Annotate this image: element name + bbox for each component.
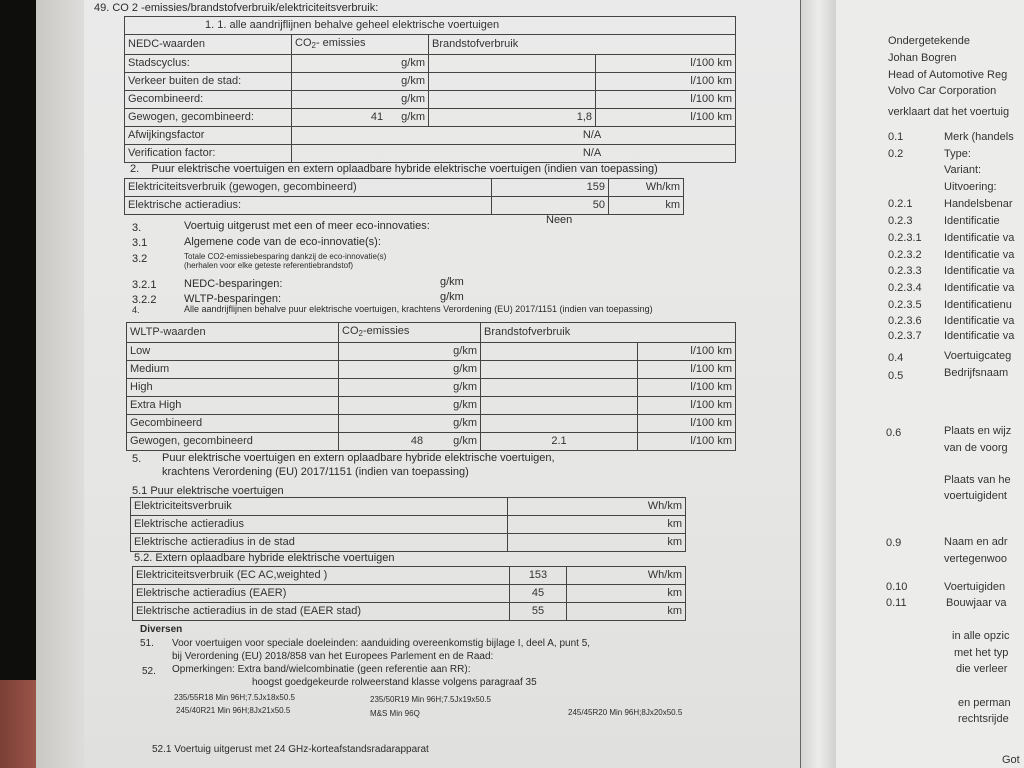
text-right_page-footer-0: in alle opzic [952, 630, 1009, 642]
text-section5-s52-rows-0-label: Elektriciteitsverbruik (EC AC,weighted ) [133, 567, 510, 585]
text-section4-wltp_table-rows-3-fuel_unit: l/100 km [638, 397, 736, 415]
text-section49-nedc_table-headers-4: Brandstofverbruik [429, 35, 736, 55]
wltp-co2-value: 48 [411, 435, 423, 447]
text-right_page-items-2-text: Variant: [944, 164, 981, 176]
text-section4-wltp_table-rows-4-label: Gecombineerd [127, 415, 339, 433]
text-right_page-items-9-num: 0.2.3.4 [888, 282, 922, 294]
text-section5-s51-rows-2-unit: km [667, 536, 682, 548]
text-right_page-items-3-text: Uitvoering: [944, 181, 997, 193]
table-row: High g/km l/100 km [127, 379, 736, 397]
text-right_page-items-8-num: 0.2.3.3 [888, 265, 922, 277]
text-section49-nedc_table-verification-value: N/A [292, 145, 736, 163]
table-row: Low g/km l/100 km [127, 343, 736, 361]
text-right_page-footer-4: rechtsrijde [958, 713, 1009, 725]
text-section49-nedc_table-afwijkingsfactor-value: N/A [292, 127, 736, 145]
table-row: Verkeer buiten de stad: g/km l/100 km [125, 73, 736, 91]
text-right_page-items2-1-text2: voertuigident [944, 490, 1007, 502]
section49-title: 49. CO 2 -emissies/brandstofverbruik/ele… [94, 2, 378, 14]
text-section49-nedc_table-rows-2-co2_unit: g/km [401, 93, 425, 105]
text-section3-items-3-unit: g/km [440, 276, 464, 288]
tyre-spec: 245/45R20 Min 96H;8Jx20x50.5 [568, 708, 682, 717]
table-cell: CO2- emissies [292, 35, 429, 55]
section5-title: Puur elektrische voertuigen en extern op… [162, 452, 555, 464]
table-cell: CO2-emissies [339, 323, 481, 343]
section52-title: 5.2. Extern oplaadbare hybride elektrisc… [134, 552, 395, 564]
table-row: Elektrische actieradius km [131, 516, 686, 534]
text-right_page-items-11-text: Identificatie va [944, 315, 1014, 327]
text-right_page-items2-4-num: 0.11 [886, 597, 907, 609]
text-right_page-items-7-text: Identificatie va [944, 249, 1014, 261]
text-section49-nedc_table-headers-3: - emissies [316, 37, 366, 49]
text-section5-s52-rows-0-unit: Wh/km [567, 567, 686, 585]
section4-title: Alle aandrijflijnen behalve puur elektri… [184, 304, 653, 314]
table-row: 1. 1. alle aandrijflijnen behalve geheel… [125, 17, 736, 35]
text-right_page-items-13-num: 0.4 [888, 352, 903, 364]
text-section49-nedc_table-rows-1-fuel_unit: l/100 km [596, 73, 736, 91]
text-section49-nedc_table-verification-label: Verification factor: [125, 145, 292, 163]
text-section2-rows-1-unit: km [609, 197, 684, 215]
table-row: Elektrische actieradius (EAER) 45 km [133, 585, 686, 603]
text-section4-wltp_table-rows-0-co2_unit: g/km [453, 345, 477, 357]
text-right_page-items-4-text: Handelsbenar [944, 198, 1013, 210]
table-cell: g/km [292, 91, 429, 109]
text-section5-s51-rows-1-label: Elektrische actieradius [131, 516, 508, 534]
s3-num: 3. [132, 222, 141, 234]
text-section49-nedc_table-rows-1-co2_unit: g/km [401, 75, 425, 87]
tyre-spec: 235/55R18 Min 96H;7.5Jx18x50.5 [174, 693, 295, 702]
text-section4-wltp_table-rows-3-label: Extra High [127, 397, 339, 415]
page-edge-left [36, 0, 85, 768]
text-diversen-item52-text2: hoogst goedgekeurde rolweerstand klasse … [252, 677, 537, 688]
text-right_page-items-1-text: Type: [944, 148, 971, 160]
table-row: Gewogen, gecombineerd 48g/km 2.1 l/100 k… [127, 433, 736, 451]
text-right_page-footer-2: die verleer [956, 663, 1007, 675]
text-section2-rows-0-label: Elektriciteitsverbruik (gewogen, gecombi… [125, 179, 492, 197]
text-right_page-items-0-num: 0.1 [888, 131, 903, 143]
text-section4-num: 4. [132, 305, 140, 315]
text-right_page-items-5-text: Identificatie [944, 215, 1000, 227]
table-cell: g/km [339, 379, 481, 397]
text-section49-nedc_table-rows-1-label: Verkeer buiten de stad: [125, 73, 292, 91]
text-right_page-declares: verklaart dat het voertuig [888, 106, 1009, 118]
text-section5-s52-rows-0-value: 153 [510, 567, 567, 585]
text-right_page-items-10-text: Identificatienu [944, 299, 1012, 311]
section51-table: Elektriciteitsverbruik Wh/km Elektrische… [130, 497, 686, 552]
text-section5-s52-rows-1-unit: km [567, 585, 686, 603]
text-right_page-header-0: Ondergetekende [888, 35, 970, 47]
table-header: WLTP-waarden CO2-emissies Brandstofverbr… [127, 323, 736, 343]
text-right_page-items2-2-text2: vertegenwoo [944, 553, 1007, 565]
s3-text: Voertuig uitgerust met een of meer eco-i… [184, 220, 430, 232]
text-right_page-items-14-text: Bedrijfsnaam [944, 367, 1008, 379]
text-right_page-items2-0-text: Plaats en wijz [944, 425, 1011, 437]
text-section3-items-2-text2: (herhalen voor elke geteste referentiebr… [184, 261, 353, 270]
text-section4-wltp_table-rows-2-fuel [481, 379, 638, 397]
text-section5-s52-rows-2-label: Elektrische actieradius in de stad (EAER… [133, 603, 510, 621]
nedc-subtitle: 1. 1. alle aandrijflijnen behalve geheel… [125, 17, 736, 35]
text-right_page-footer-5: Got [1002, 754, 1020, 766]
text-section4-wltp_table-rows-5-co2_unit: g/km [453, 435, 477, 447]
wltp-table: WLTP-waarden CO2-emissies Brandstofverbr… [126, 322, 736, 451]
text-section49-nedc_table-rows-1-fuel [429, 73, 596, 91]
table-row: Afwijkingsfactor N/A [125, 127, 736, 145]
text-right_page-items-0-text: Merk (handels [944, 131, 1014, 143]
table-row: Elektrische actieradius in de stad (EAER… [133, 603, 686, 621]
text-section4-wltp_table-rows-1-fuel_unit: l/100 km [638, 361, 736, 379]
text-section49-nedc_table-rows-3-fuel_unit: l/100 km [596, 109, 736, 127]
text-section49-nedc_table-headers-1: CO [295, 37, 312, 49]
text-section4-wltp_table-rows-2-co2_unit: g/km [453, 381, 477, 393]
text-right_page-items2-0-text2: van de voorg [944, 442, 1008, 454]
text-section5-s52-rows-2-unit: km [567, 603, 686, 621]
text-section5-s52-rows-2-value: 55 [510, 603, 567, 621]
text-section49-nedc_table-headers-0: NEDC-waarden [125, 35, 292, 55]
text-right_page-items2-3-text: Voertuigiden [944, 581, 1005, 593]
text-right_page-items2-2-num: 0.9 [886, 537, 901, 549]
text-right_page-footer-1: met het typ [954, 647, 1008, 659]
text-section4-wltp_table-rows-4-fuel [481, 415, 638, 433]
text-section5-s51-rows-1-unit: km [667, 518, 682, 530]
text-section49-nedc_table-rows-3-co2_unit: g/km [401, 111, 425, 123]
text-section49-nedc_table-rows-2-label: Gecombineerd: [125, 91, 292, 109]
text-section4-wltp_table-rows-2-label: High [127, 379, 339, 397]
text-section4-wltp_table-rows-0-fuel_unit: l/100 km [638, 343, 736, 361]
table-row: Elektrische actieradius: 50 km [125, 197, 684, 215]
text-right_page-items-9-text: Identificatie va [944, 282, 1014, 294]
table-cell: km [508, 534, 686, 552]
section51-title: 5.1 Puur elektrische voertuigen [132, 485, 284, 497]
table-row: Verification factor: N/A [125, 145, 736, 163]
text-right_page-items-12-num: 0.2.3.7 [888, 330, 922, 342]
text-section5-s52-rows-1-label: Elektrische actieradius (EAER) [133, 585, 510, 603]
text-section3-items-3-text: NEDC-besparingen: [184, 278, 282, 290]
page-fold [800, 0, 838, 768]
text-section5-s51-rows-0-unit: Wh/km [648, 500, 682, 512]
section2-table: Elektriciteitsverbruik (gewogen, gecombi… [124, 178, 684, 215]
text-section3-items-4-unit: g/km [440, 291, 464, 303]
table-row: Elektriciteitsverbruik Wh/km [131, 498, 686, 516]
text-right_page-items2-2-text: Naam en adr [944, 536, 1008, 548]
text-section3-items-2-num: 3.2 [132, 253, 147, 265]
text-section2-rows-1-label: Elektrische actieradius: [125, 197, 492, 215]
text-section4-wltp_table-headers-0: WLTP-waarden [127, 323, 339, 343]
text-section5-s51-rows-2-label: Elektrische actieradius in de stad [131, 534, 508, 552]
text-right_page-items-7-num: 0.2.3.2 [888, 249, 922, 261]
tyre-spec: 245/40R21 Min 96H;8Jx21x50.5 [176, 706, 290, 715]
text-section49-nedc_table-afwijkingsfactor-label: Afwijkingsfactor [125, 127, 292, 145]
item-52-1: 52.1 Voertuig uitgerust met 24 GHz-korte… [152, 744, 429, 755]
nedc-fuel-value: 1,8 [429, 109, 596, 127]
text-section49-nedc_table-rows-2-fuel [429, 91, 596, 109]
text-section4-wltp_table-rows-4-fuel_unit: l/100 km [638, 415, 736, 433]
text-section2-rows-0-unit: Wh/km [609, 179, 684, 197]
text-section4-wltp_table-rows-0-fuel [481, 343, 638, 361]
text-right_page-items-4-num: 0.2.1 [888, 198, 912, 210]
text-right_page-items-1-num: 0.2 [888, 148, 903, 160]
table-row: Elektrische actieradius in de stad km [131, 534, 686, 552]
text-section4-wltp_table-rows-1-fuel [481, 361, 638, 379]
tyre-spec: M&S Min 96Q [370, 709, 420, 718]
table-cell: 41g/km [292, 109, 429, 127]
text-right_page-items2-4-text: Bouwjaar va [946, 597, 1007, 609]
text-section3-items-1-num: 3.1 [132, 237, 147, 249]
table-row: Stadscyclus: g/km l/100 km [125, 55, 736, 73]
text-section3-items-2-text: Totale CO2-emissiebesparing dankzij de e… [184, 252, 386, 261]
text-right_page-items2-3-num: 0.10 [886, 581, 907, 593]
table-cell: g/km [339, 361, 481, 379]
text-section5-num: 5. [132, 453, 141, 465]
text-section2-rows-0-value: 159 [492, 179, 609, 197]
table-row: Gecombineerd g/km l/100 km [127, 415, 736, 433]
section2-title: 2. Puur elektrische voertuigen en extern… [130, 163, 658, 175]
text-section5-s52-rows-1-value: 45 [510, 585, 567, 603]
text-diversen-item51-text2: bij Verordening (EU) 2018/858 van het Eu… [172, 651, 493, 662]
table-row: Elektriciteitsverbruik (EC AC,weighted )… [133, 567, 686, 585]
text-right_page-items-6-num: 0.2.3.1 [888, 232, 922, 244]
table-cell: g/km [292, 55, 429, 73]
text-right_page-items-14-num: 0.5 [888, 370, 903, 382]
table-cell: km [508, 516, 686, 534]
text-right_page-header-2: Head of Automotive Reg [888, 69, 1007, 81]
text-diversen-item51-text: Voor voertuigen voor speciale doeleinden… [172, 638, 590, 649]
text-right_page-items2-0-num: 0.6 [886, 427, 901, 439]
text-section49-nedc_table-rows-0-co2_unit: g/km [401, 57, 425, 69]
text-section2-title: Puur elektrische voertuigen en extern op… [151, 163, 657, 175]
table-row: Extra High g/km l/100 km [127, 397, 736, 415]
text-diversen-item51-num: 51. [140, 638, 154, 649]
text-section2-rows-1-value: 50 [492, 197, 609, 215]
text-section4-wltp_table-headers-4: Brandstofverbruik [481, 323, 736, 343]
text-section4-wltp_table-rows-3-fuel [481, 397, 638, 415]
text-right_page-items-10-num: 0.2.3.5 [888, 299, 922, 311]
background-dark [0, 0, 40, 768]
text-section49-nedc_table-rows-3-label: Gewogen, gecombineerd: [125, 109, 292, 127]
table-row: Gecombineerd: g/km l/100 km [125, 91, 736, 109]
text-right_page-footer-3: en perman [958, 697, 1011, 709]
text-right_page-items-13-text: Voertuigcateg [944, 350, 1011, 362]
document-page-left: 49. CO 2 -emissies/brandstofverbruik/ele… [84, 0, 808, 768]
text-section4-wltp_table-rows-1-label: Medium [127, 361, 339, 379]
text-right_page-items-8-text: Identificatie va [944, 265, 1014, 277]
text-section4-wltp_table-rows-4-co2_unit: g/km [453, 417, 477, 429]
text-section4-wltp_table-rows-5-label: Gewogen, gecombineerd [127, 433, 339, 451]
text-section4-wltp_table-headers-3: -emissies [363, 325, 409, 337]
table-cell: 48g/km [339, 433, 481, 451]
text-section4-wltp_table-headers-1: CO [342, 325, 359, 337]
table-cell: Wh/km [508, 498, 686, 516]
text-section49-nedc_table-rows-0-fuel [429, 55, 596, 73]
table-cell: g/km [339, 397, 481, 415]
text-diversen-item52-text: Opmerkingen: Extra band/wielcombinatie (… [172, 664, 471, 675]
nedc-table: 1. 1. alle aandrijflijnen behalve geheel… [124, 16, 736, 163]
table-row: Medium g/km l/100 km [127, 361, 736, 379]
text-section4-wltp_table-rows-5-fuel_unit: l/100 km [638, 433, 736, 451]
table-cell: g/km [339, 415, 481, 433]
text-diversen-item52-num: 52. [142, 666, 156, 677]
wltp-fuel-value: 2.1 [481, 433, 638, 451]
text-section2-num: 2. [130, 163, 139, 175]
text-right_page-items-6-text: Identificatie va [944, 232, 1014, 244]
table-cell: g/km [339, 343, 481, 361]
document-page-right: Ondergetekende Johan Bogren Head of Auto… [836, 0, 1024, 768]
text-section49-nedc_table-rows-0-label: Stadscyclus: [125, 55, 292, 73]
text-right_page-items-11-num: 0.2.3.6 [888, 315, 922, 327]
text-section3-items-1-text: Algemene code van de eco-innovatie(s): [184, 236, 381, 248]
nedc-co2-value: 41 [371, 111, 383, 123]
eco-innovation-value: Neen [546, 214, 572, 226]
text-right_page-items2-1-text: Plaats van he [944, 474, 1011, 486]
text-section4-wltp_table-rows-1-co2_unit: g/km [453, 363, 477, 375]
text-section5-s51-rows-0-label: Elektriciteitsverbruik [131, 498, 508, 516]
text-right_page-header-1: Johan Bogren [888, 52, 957, 64]
text-section4-wltp_table-rows-2-fuel_unit: l/100 km [638, 379, 736, 397]
text-section4-wltp_table-rows-3-co2_unit: g/km [453, 399, 477, 411]
text-right_page-header-3: Volvo Car Corporation [888, 85, 996, 97]
text-right_page-items-12-text: Identificatie va [944, 330, 1014, 342]
text-section4-wltp_table-rows-0-label: Low [127, 343, 339, 361]
section52-table: Elektriciteitsverbruik (EC AC,weighted )… [132, 566, 686, 621]
diversen-title: Diversen [140, 624, 182, 635]
table-header: NEDC-waarden CO2- emissies Brandstofverb… [125, 35, 736, 55]
table-cell: g/km [292, 73, 429, 91]
text-right_page-items-5-num: 0.2.3 [888, 215, 912, 227]
tyre-spec: 235/50R19 Min 96H;7.5Jx19x50.5 [370, 695, 491, 704]
text-section3-items-3-num: 3.2.1 [132, 279, 156, 291]
table-row: Gewogen, gecombineerd: 41g/km 1,8 l/100 … [125, 109, 736, 127]
table-row: Elektriciteitsverbruik (gewogen, gecombi… [125, 179, 684, 197]
text-section49-nedc_table-rows-0-fuel_unit: l/100 km [596, 55, 736, 73]
text-section5-title2: krachtens Verordening (EU) 2017/1151 (in… [162, 466, 469, 478]
text-section49-nedc_table-rows-2-fuel_unit: l/100 km [596, 91, 736, 109]
